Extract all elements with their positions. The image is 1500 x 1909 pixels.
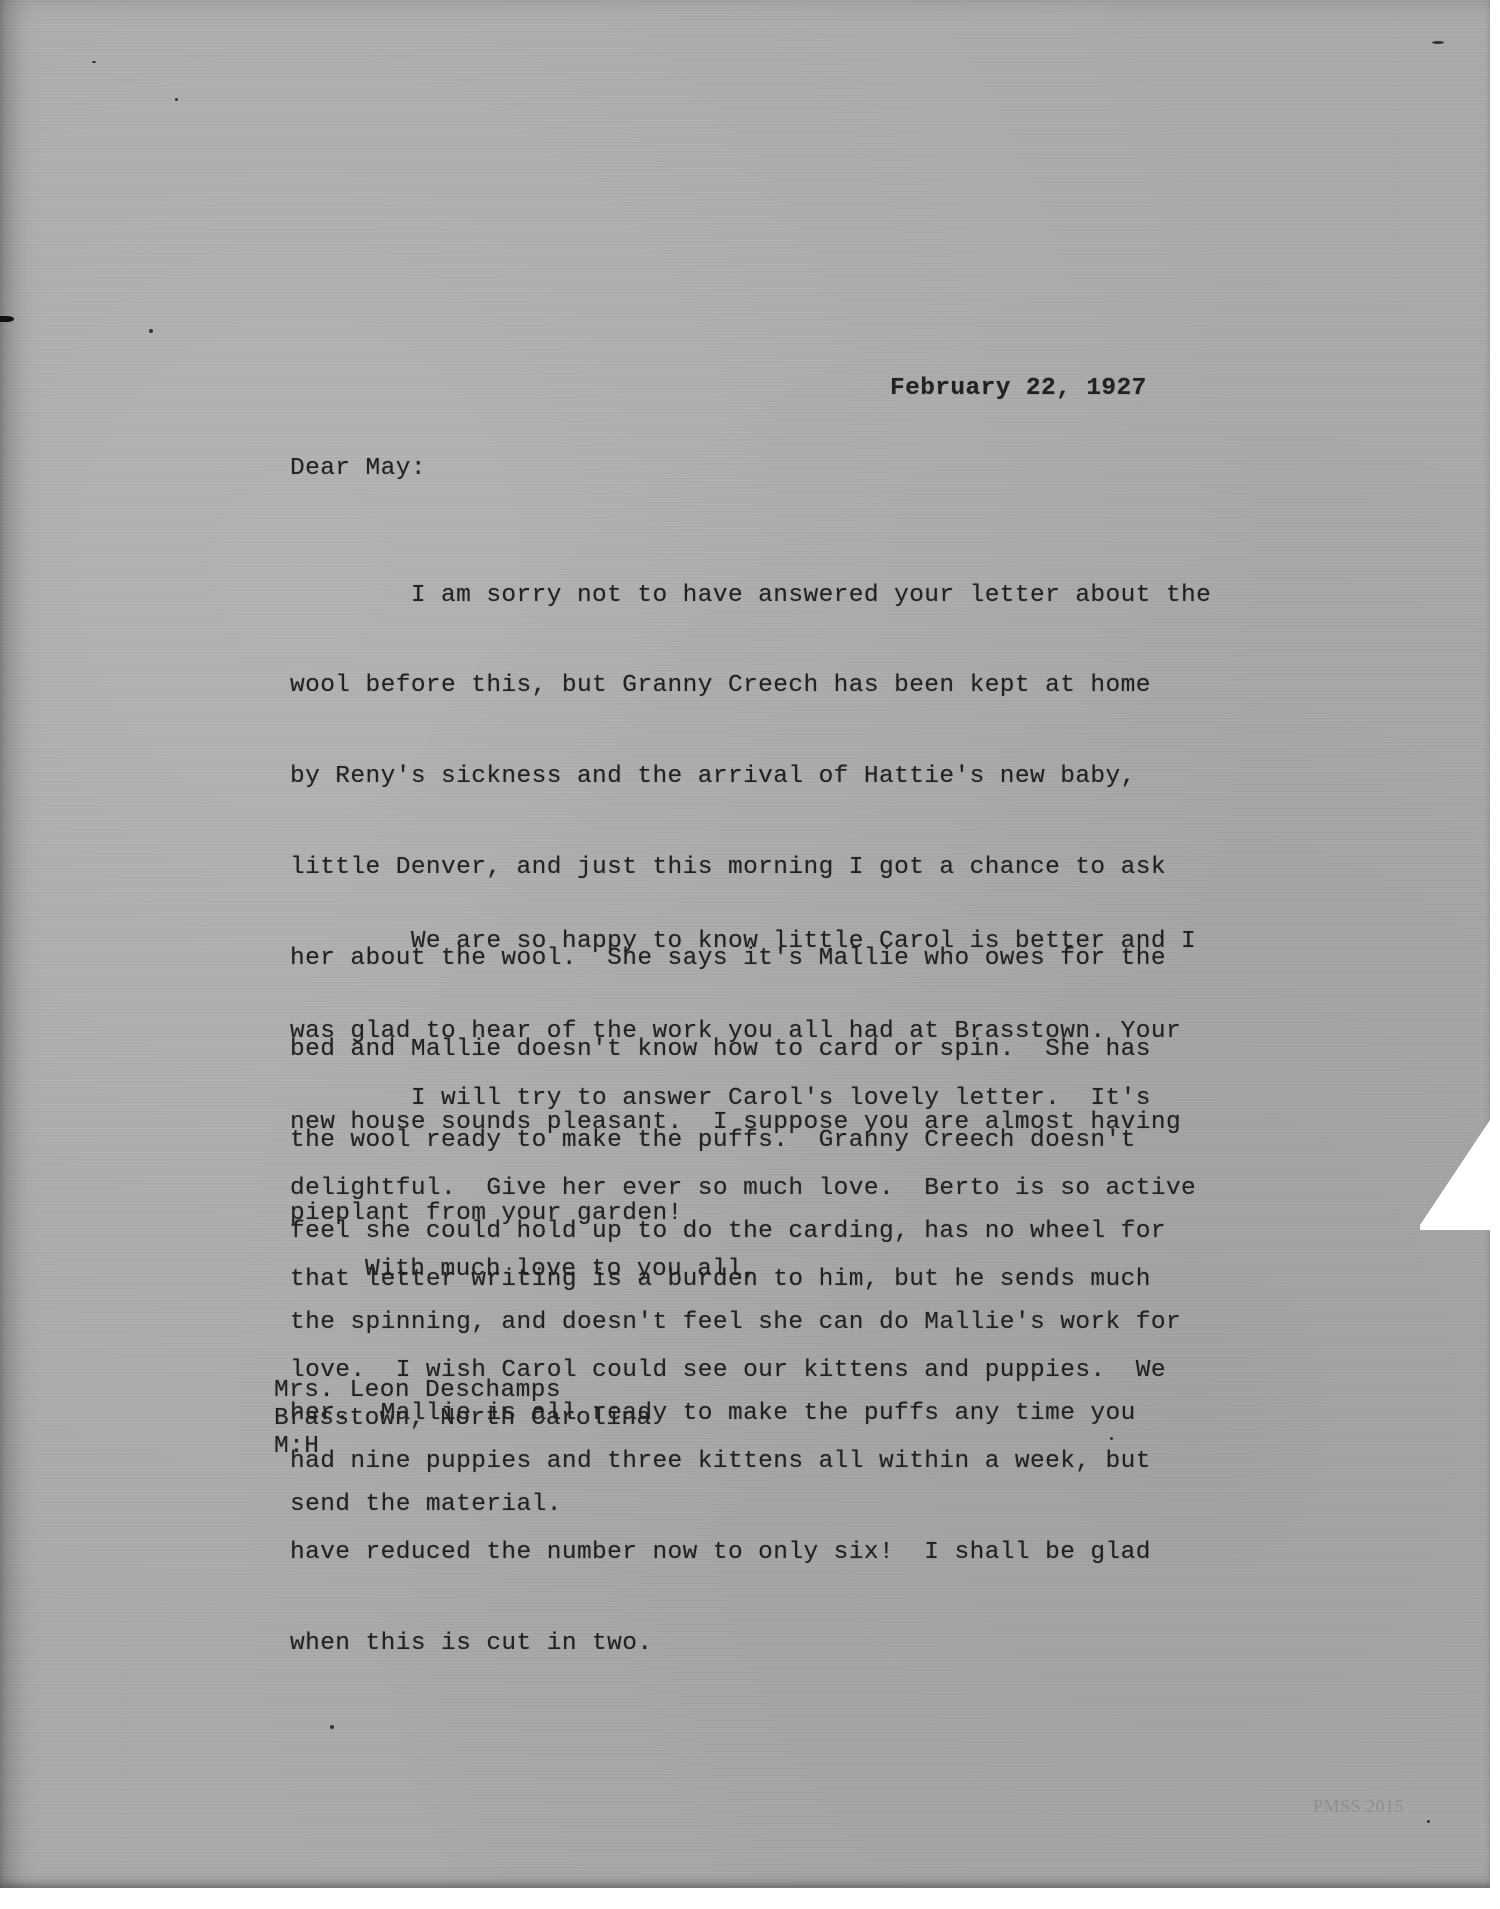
punch-hole-mark xyxy=(0,316,14,322)
text-line: wool before this, but Granny Creech has … xyxy=(290,671,1211,701)
reference-initials: M:H xyxy=(274,1433,319,1460)
text-line: We are so happy to know little Carol is … xyxy=(290,927,1196,957)
archive-watermark: PMSS 2015 xyxy=(1313,1796,1404,1817)
paragraph-3: I will try to answer Carol's lovely lett… xyxy=(290,1023,1196,1720)
letter-page: February 22, 1927 Dear May: I am sorry n… xyxy=(0,0,1490,1888)
paper-speck xyxy=(149,329,153,333)
text-line: I am sorry not to have answered your let… xyxy=(290,581,1211,611)
salutation: Dear May: xyxy=(290,455,426,482)
paper-speck xyxy=(1432,41,1444,44)
recipient-name: Mrs. Leon Deschamps xyxy=(274,1377,561,1405)
text-line: when this is cut in two. xyxy=(290,1629,1196,1659)
paper-speck xyxy=(330,1725,334,1729)
paper-speck xyxy=(92,61,96,63)
text-line: delightful. Give her ever so much love. … xyxy=(290,1174,1196,1204)
paper-speck xyxy=(175,98,178,101)
text-line: I will try to answer Carol's lovely lett… xyxy=(290,1084,1196,1114)
paper-speck xyxy=(1427,1820,1430,1823)
text-line: by Reny's sickness and the arrival of Ha… xyxy=(290,762,1211,792)
letter-date: February 22, 1927 xyxy=(890,375,1147,402)
text-line: have reduced the number now to only six!… xyxy=(290,1538,1196,1568)
text-line: had nine puppies and three kittens all w… xyxy=(290,1447,1196,1477)
recipient-location: Brasstown, North Carolina xyxy=(274,1405,652,1433)
closing: With much love to you all, xyxy=(365,1256,758,1283)
